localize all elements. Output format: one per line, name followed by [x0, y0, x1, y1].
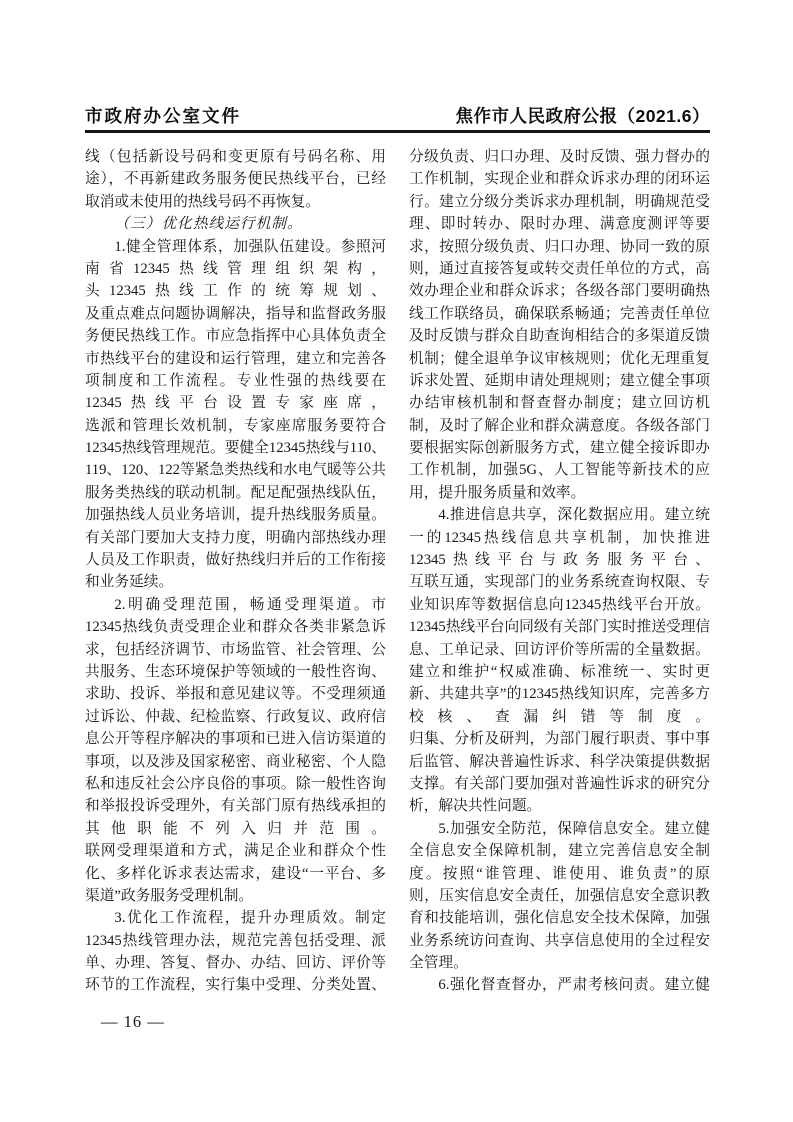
text-line: 环节的工作流程，实行集中受理、分类处置、 [85, 974, 386, 996]
text-line: 6.强化督查督办，严肃考核问责。建立健 [409, 974, 710, 996]
text-line: 服务类热线的联动机制。配足配强热线队伍， [85, 482, 386, 504]
text-line: 市热线平台的建设和运行管理，建立和完善各 [85, 348, 386, 370]
text-line: 有关部门要加大支持力度，明确内部热线办理 [85, 527, 386, 549]
text-line: 用，提升服务质量和效率。 [409, 482, 710, 504]
text-line: 项制度和工作流程。专业性强的热线要在 [85, 370, 386, 392]
text-line: 制，及时了解企业和群众满意度。各级各部门 [409, 415, 710, 437]
text-line: 和业务延续。 [85, 571, 386, 593]
text-line: 度。按照“谁管理、谁使用、谁负责”的原 [409, 863, 710, 885]
text-line: 12345热线平台向同级有关部门实时推送受理信 [409, 616, 710, 638]
text-line: 119、120、122等紧急类热线和水电气暖等公共 [85, 459, 386, 481]
text-line: 12345热线管理办法，规范完善包括受理、派 [85, 930, 386, 952]
text-line: 南省12345热线管理组织架构，市政府办公室牵 [85, 258, 386, 280]
text-line: 12345热线负责受理企业和群众各类非紧急诉 [85, 616, 386, 638]
left-column: 线（包括新设号码和变更原有号码名称、用途），不再新建政务服务便民热线平台，已经取… [85, 146, 386, 997]
text-line: 头12345热线工作的统筹规划、重大事项决策以 [85, 280, 386, 302]
page-header: 市政府办公室文件 焦作市人民政府公报（2021.6） [85, 103, 710, 128]
right-column: 分级负责、归口办理、及时反馈、强力督办的工作机制，实现企业和群众诉求办理的闭环运… [409, 146, 710, 997]
text-line: （三）优化热线运行机制。 [85, 213, 386, 235]
text-line: 新、共建共享”的12345热线知识库，完善多方 [409, 683, 710, 705]
text-line: 求助、投诉、举报和意见建议等。不受理须通 [85, 683, 386, 705]
text-line: 渠道”政务服务受理机制。 [85, 885, 386, 907]
text-line: 1.健全管理体系，加强队伍建设。参照河 [85, 236, 386, 258]
text-line: 建立和维护“权威准确、标准统一、实时更 [409, 661, 710, 683]
text-line: 12345热线平台与政务服务平台、部门业务系统 [409, 549, 710, 571]
text-line: 5.加强安全防范，保障信息安全。建立健 [409, 818, 710, 840]
text-line: 育和技能培训，强化信息安全技术保障，加强 [409, 907, 710, 929]
text-line: 求，按照分级负责、归口办理、协同一致的原 [409, 236, 710, 258]
document-body: 线（包括新设号码和变更原有号码名称、用途），不再新建政务服务便民热线平台，已经取… [85, 146, 710, 997]
text-line: 加强热线人员业务培训，提升热线服务质量。 [85, 504, 386, 526]
text-line: 息公开等程序解决的事项和已进入信访渠道的 [85, 728, 386, 750]
text-line: 私和违反社会公序良俗的事项。除一般性咨询 [85, 773, 386, 795]
text-line: 后监管、解决普遍性诉求、科学决策提供数据 [409, 751, 710, 773]
text-line: 选派和管理长效机制，专家座席服务要符合 [85, 415, 386, 437]
text-line: 支撑。有关部门要加强对普遍性诉求的研究分 [409, 773, 710, 795]
text-line: 全管理。 [409, 952, 710, 974]
text-line: 诉求处置、延期申请处理规则；建立健全事项 [409, 370, 710, 392]
text-line: 业务系统访问查询、共享信息使用的全过程安 [409, 930, 710, 952]
text-line: 理、即时转办、限时办理、满意度测评等要 [409, 213, 710, 235]
text-line: 要根据实际创新服务方式，建立健全接诉即办 [409, 437, 710, 459]
text-line: 共服务、生态环境保护等领域的一般性咨询、 [85, 661, 386, 683]
text-line: 4.推进信息共享，深化数据应用。建立统 [409, 504, 710, 526]
header-left-title: 市政府办公室文件 [85, 103, 241, 128]
text-line: 析，解决共性问题。 [409, 795, 710, 817]
text-line: 途），不再新建政务服务便民热线平台，已经 [85, 168, 386, 190]
text-line: 其他职能不列入归并范围。12345热线要拓展互 [85, 818, 386, 840]
text-line: 则，通过直接答复或转交责任单位的方式，高 [409, 258, 710, 280]
text-line: 分级负责、归口办理、及时反馈、强力督办的 [409, 146, 710, 168]
text-line: 2.明确受理范围，畅通受理渠道。市 [85, 594, 386, 616]
text-line: 事项，以及涉及国家秘密、商业秘密、个人隐 [85, 751, 386, 773]
text-line: 工作机制，实现企业和群众诉求办理的闭环运 [409, 168, 710, 190]
text-line: 业知识库等数据信息向12345热线平台开放。 [409, 594, 710, 616]
text-line: 效办理企业和群众诉求；各级各部门要明确热 [409, 280, 710, 302]
header-right-title: 焦作市人民政府公报（2021.6） [455, 103, 710, 128]
text-line: 工作机制，加强5G、人工智能等新技术的应 [409, 459, 710, 481]
text-line: 12345热线平台设置专家座席，建立本行业专家 [85, 392, 386, 414]
text-line: 求，包括经济调节、市场监管、社会管理、公 [85, 639, 386, 661]
text-line: 单、办理、答复、督办、办结、回访、评价等 [85, 952, 386, 974]
text-line: 取消或未使用的热线号码不再恢复。 [85, 191, 386, 213]
text-line: 校核、查漏纠错等制度。12345热线要加强数据 [409, 706, 710, 728]
text-line: 息、工单记录、回访评价等所需的全量数据。 [409, 639, 710, 661]
text-line: 务便民热线工作。市应急指挥中心具体负责全 [85, 325, 386, 347]
document-page: 市政府办公室文件 焦作市人民政府公报（2021.6） 线（包括新设号码和变更原有… [0, 0, 793, 1122]
text-line: 和举报投诉受理外，有关部门原有热线承担的 [85, 795, 386, 817]
text-line: 办结审核机制和督查督办制度；建立回访机 [409, 392, 710, 414]
text-line: 12345热线管理规范。要健全12345热线与110、 [85, 437, 386, 459]
text-line: 人员及工作职责，做好热线归并后的工作衔接 [85, 549, 386, 571]
text-line: 则，压实信息安全责任，加强信息安全意识教 [409, 885, 710, 907]
text-line: 联网受理渠道和方式，满足企业和群众个性 [85, 840, 386, 862]
text-line: 线工作联络员，确保联系畅通；完善责任单位 [409, 303, 710, 325]
text-line: 全信息安全保障机制，建立完善信息安全制 [409, 840, 710, 862]
header-rule [85, 130, 710, 133]
text-line: 及重点难点问题协调解决，指导和监督政务服 [85, 303, 386, 325]
text-line: 归集、分析及研判，为部门履行职责、事中事 [409, 728, 710, 750]
page-number: — 16 — [101, 1012, 165, 1032]
text-line: 线（包括新设号码和变更原有号码名称、用 [85, 146, 386, 168]
text-line: 及时反馈与群众自助查询相结合的多渠道反馈 [409, 325, 710, 347]
text-line: 过诉讼、仲裁、纪检监察、行政复议、政府信 [85, 706, 386, 728]
text-line: 机制；健全退单争议审核规则；优化无理重复 [409, 348, 710, 370]
text-line: 行。建立分级分类诉求办理机制，明确规范受 [409, 191, 710, 213]
text-line: 化、多样化诉求表达需求，建设“一平台、多 [85, 863, 386, 885]
text-line: 3.优化工作流程，提升办理质效。制定 [85, 907, 386, 929]
text-line: 互联互通，实现部门的业务系统查询权限、专 [409, 571, 710, 593]
text-line: 一的12345热线信息共享机制，加快推进 [409, 527, 710, 549]
